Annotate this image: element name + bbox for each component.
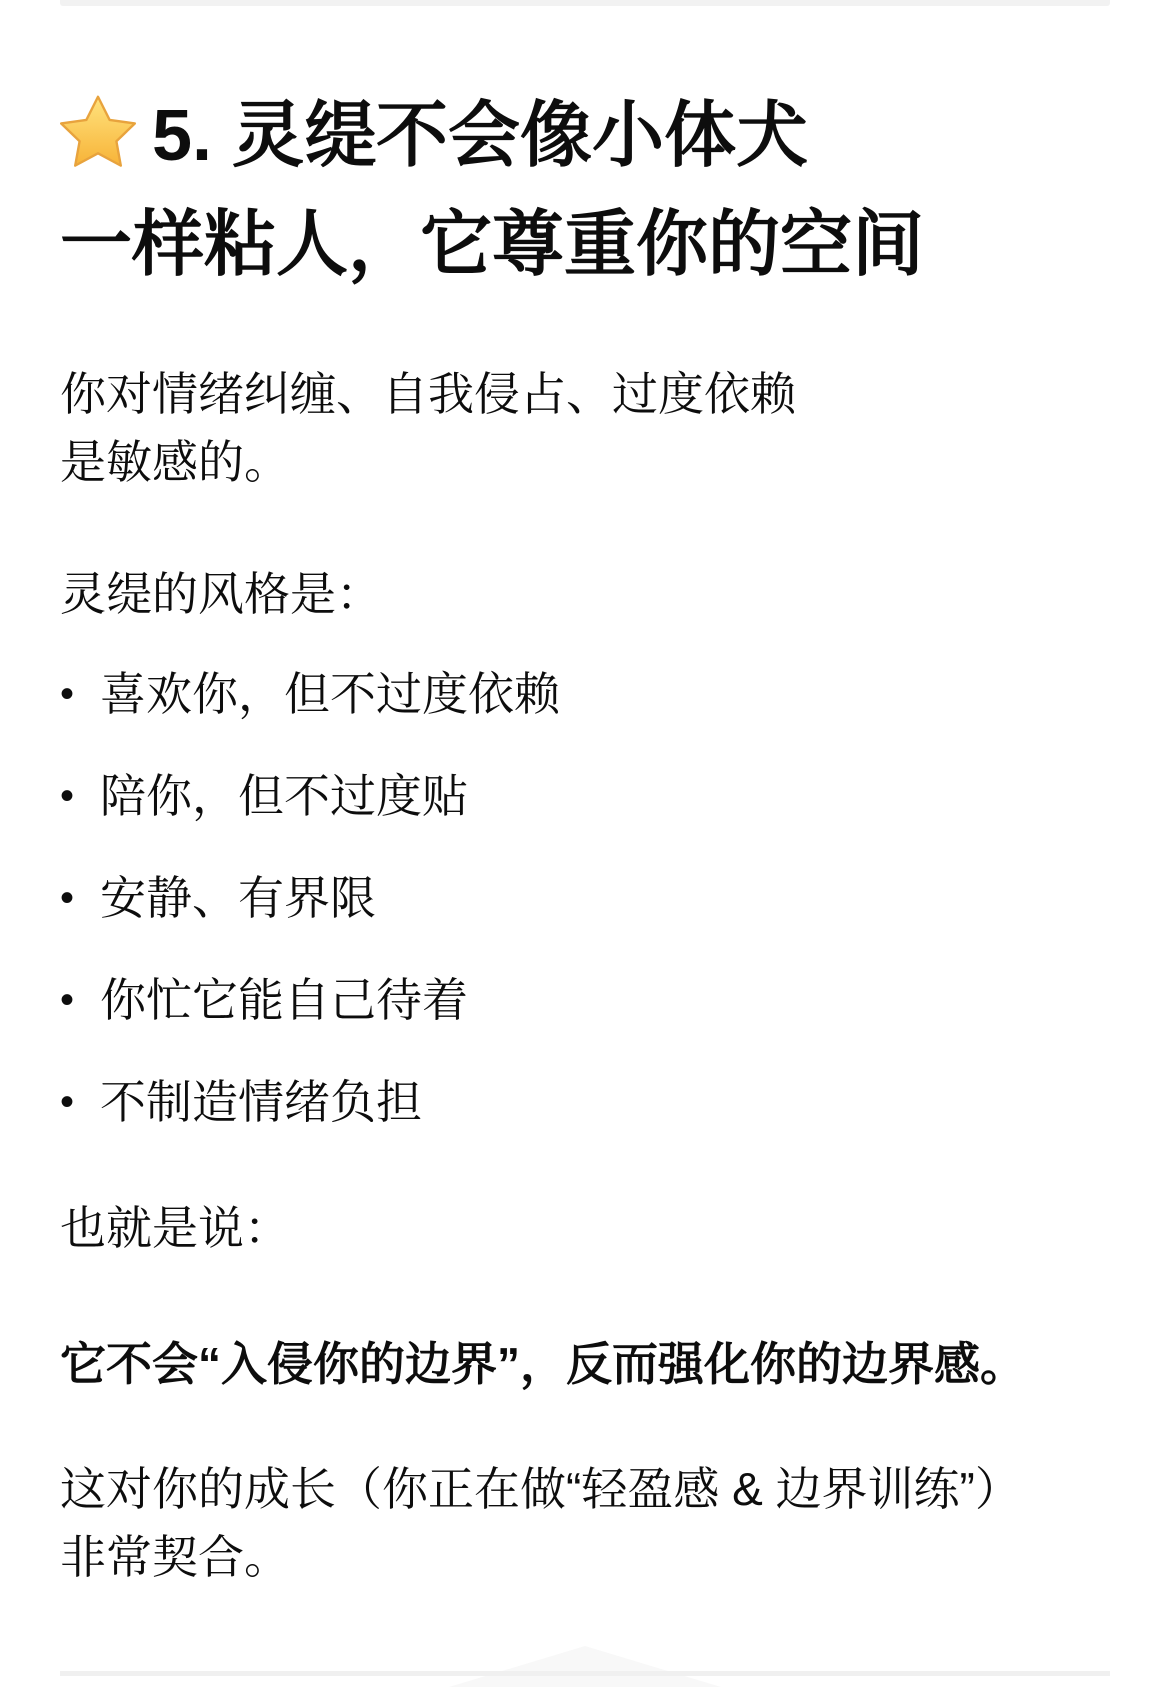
bullet-dot-icon: • [60, 966, 100, 1034]
style-list: • 喜欢你，但不过度依赖 • 陪你，但不过度贴 • 安静、有界限 • 你忙它能自… [60, 660, 1110, 1136]
intro-line-2: 是敏感的。 [60, 428, 1110, 496]
list-item: • 不制造情绪负担 [60, 1068, 1110, 1136]
closing-line-1: 这对你的成长（你正在做“轻盈感 & 边界训练”） [60, 1455, 1110, 1523]
list-item: • 安静、有界限 [60, 864, 1110, 932]
bullet-dot-icon: • [60, 762, 100, 830]
bottom-divider [60, 1671, 1110, 1676]
heading-line-1: 5. 灵缇不会像小体犬 [152, 96, 808, 176]
style-label: 灵缇的风格是： [60, 560, 1110, 628]
bullet-dot-icon: • [60, 660, 100, 728]
bullet-text: 安静、有界限 [100, 864, 376, 932]
list-item: • 你忙它能自己待着 [60, 966, 1110, 1034]
page-title: 5. 灵缇不会像小体犬 一样粘人，它尊重你的空间 [60, 0, 1110, 296]
list-item: • 喜欢你，但不过度依赖 [60, 660, 1110, 728]
bullet-dot-icon: • [60, 864, 100, 932]
emphasis-paragraph: 它不会“入侵你的边界”，反而强化你的边界感。 [60, 1330, 1110, 1398]
bullet-text: 你忙它能自己待着 [100, 966, 468, 1034]
list-item: • 陪你，但不过度贴 [60, 762, 1110, 830]
bullet-text: 喜欢你，但不过度依赖 [100, 660, 560, 728]
intro-paragraph: 你对情绪纠缠、自我侵占、过度依赖 是敏感的。 [60, 360, 1110, 496]
bullet-text: 陪你，但不过度贴 [100, 762, 468, 830]
star-icon [60, 92, 136, 195]
bullet-text: 不制造情绪负担 [100, 1068, 422, 1136]
intro-line-1: 你对情绪纠缠、自我侵占、过度依赖 [60, 360, 1110, 428]
bullet-dot-icon: • [60, 1068, 100, 1136]
transition-label: 也就是说： [60, 1194, 1110, 1262]
popover-arrow-shape [449, 1646, 721, 1687]
heading-line-2: 一样粘人，它尊重你的空间 [60, 195, 1110, 296]
closing-line-2: 非常契合。 [60, 1523, 1110, 1591]
closing-paragraph: 这对你的成长（你正在做“轻盈感 & 边界训练”） 非常契合。 [60, 1455, 1110, 1591]
document-body: 5. 灵缇不会像小体犬 一样粘人，它尊重你的空间 你对情绪纠缠、自我侵占、过度依… [0, 0, 1170, 1591]
